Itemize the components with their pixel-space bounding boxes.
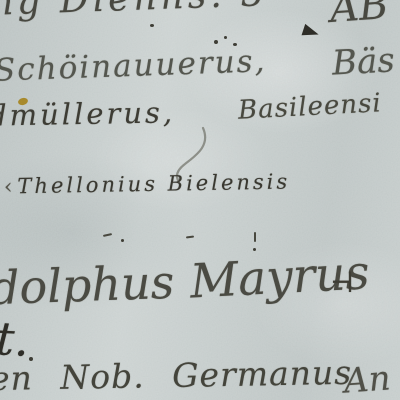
handwriting-name-thellonius-bielensis: ‹Thellonius Bielensis <box>4 170 291 199</box>
handwriting-flourish-mark: ⊣ <box>330 266 354 299</box>
handwriting-name-dolphus-fragment: dolphus <box>0 255 175 315</box>
handwriting-name-dmullerus-fragment: dmüllerus, <box>0 95 175 132</box>
ink-speck <box>150 24 154 27</box>
ink-speck <box>224 36 227 39</box>
ink-tick <box>254 232 256 242</box>
handwriting-line-top-right-fragment: AB <box>328 0 389 32</box>
handwriting-place-basel-fragment: Bäs <box>331 40 396 83</box>
ink-blot-wedge <box>302 24 321 40</box>
handwriting-line-germanus-fragment: en Nob. Germanus <box>0 353 353 398</box>
handwriting-line-top-fragment: ng Dienns. 3 <box>0 0 269 24</box>
ink-dash <box>103 233 112 237</box>
handwriting-line-bottom-right-fragment: An <box>343 358 392 400</box>
ink-speck <box>121 239 124 242</box>
handwriting-place-basileensi: Basileensi <box>237 88 382 125</box>
ink-speck <box>214 40 218 44</box>
manuscript-page-photo: ng Dienns. 3 AB Schöinauuerus, Bäs dmüll… <box>0 0 400 400</box>
marginal-angle-mark: ‹ <box>4 174 16 198</box>
ink-dash <box>186 235 194 238</box>
handwriting-name-schoenauuerus: Schöinauuerus, <box>0 43 267 88</box>
handwriting-line-text: Thellonius Bielensis <box>17 170 290 199</box>
